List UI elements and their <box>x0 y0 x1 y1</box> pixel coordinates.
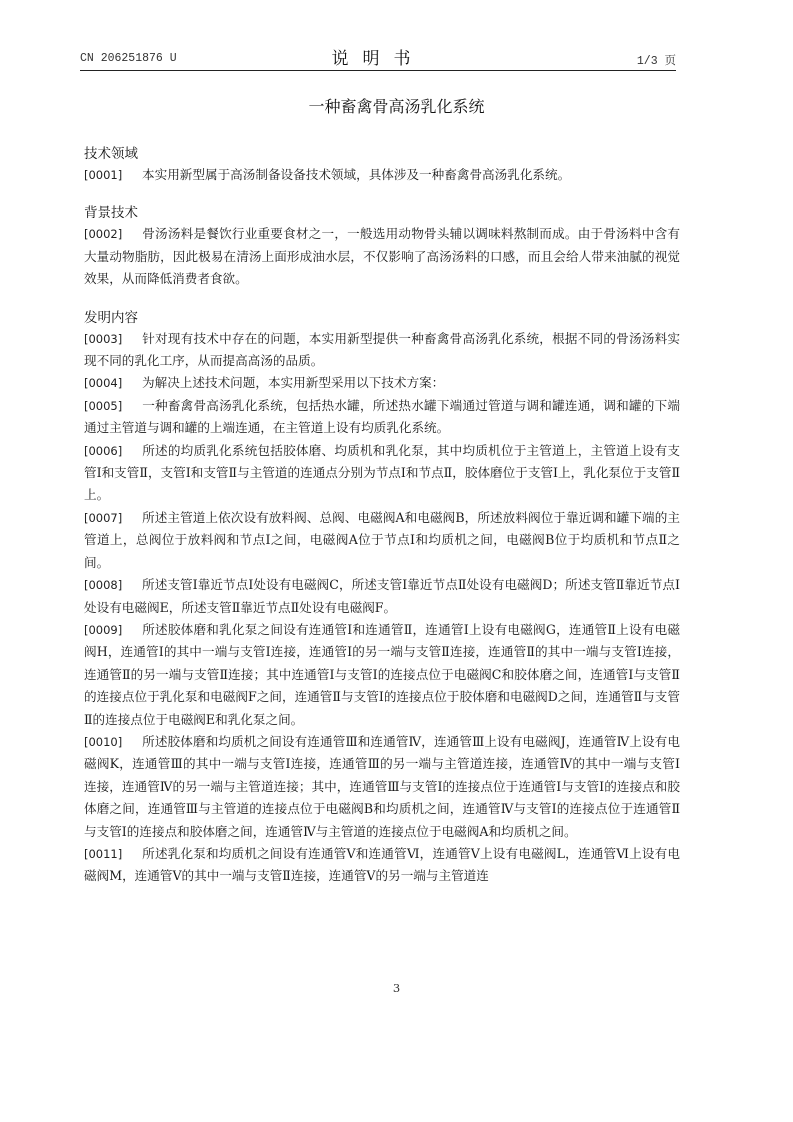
paragraph: [0010]所述胶体磨和均质机之间设有连通管Ⅲ和连通管Ⅳ，连通管Ⅲ上设有电磁阀J… <box>84 731 680 843</box>
paragraph-number: [0006] <box>84 440 142 462</box>
section-heading-technical-field: 技术领域 <box>84 144 680 164</box>
paragraph-text: 所述胶体磨和均质机之间设有连通管Ⅲ和连通管Ⅳ，连通管Ⅲ上设有电磁阀J，连通管Ⅳ上… <box>84 734 680 839</box>
paragraph: [0001]本实用新型属于高汤制备设备技术领域，具体涉及一种畜禽骨高汤乳化系统。 <box>84 164 680 186</box>
paragraph-text: 为解决上述技术问题，本实用新型采用以下技术方案： <box>142 375 444 390</box>
paragraph: [0008]所述支管Ⅰ靠近节点Ⅰ处设有电磁阀C，所述支管Ⅰ靠近节点Ⅱ处设有电磁阀… <box>84 574 680 619</box>
section-heading-background: 背景技术 <box>84 203 680 223</box>
paragraph-text: 一种畜禽骨高汤乳化系统，包括热水罐，所述热水罐下端通过管道与调和罐连通，调和罐的… <box>84 398 680 435</box>
paragraph-text: 所述的均质乳化系统包括胶体磨、均质机和乳化泵，其中均质机位于主管道上，主管道上设… <box>84 443 680 503</box>
page-number: 3 <box>0 981 793 995</box>
paragraph-number: [0005] <box>84 395 142 417</box>
paragraph-number: [0010] <box>84 731 142 753</box>
paragraph-text: 本实用新型属于高汤制备设备技术领域，具体涉及一种畜禽骨高汤乳化系统。 <box>142 167 570 182</box>
paragraph: [0004]为解决上述技术问题，本实用新型采用以下技术方案： <box>84 372 680 394</box>
paragraph-text: 所述乳化泵和均质机之间设有连通管Ⅴ和连通管Ⅵ，连通管Ⅴ上设有电磁阀L，连通管Ⅵ上… <box>84 846 680 883</box>
paragraph-text: 所述主管道上依次设有放料阀、总阀、电磁阀A和电磁阀B，所述放料阀位于靠近调和罐下… <box>84 510 680 570</box>
page-indicator: 1/3 页 <box>637 52 676 68</box>
paragraph-number: [0009] <box>84 619 142 641</box>
paragraph: [0007]所述主管道上依次设有放料阀、总阀、电磁阀A和电磁阀B，所述放料阀位于… <box>84 507 680 574</box>
paragraph: [0011]所述乳化泵和均质机之间设有连通管Ⅴ和连通管Ⅵ，连通管Ⅴ上设有电磁阀L… <box>84 843 680 888</box>
paragraph-number: [0004] <box>84 372 142 394</box>
paragraph-number: [0002] <box>84 223 142 245</box>
document-body: 技术领域 [0001]本实用新型属于高汤制备设备技术领域，具体涉及一种畜禽骨高汤… <box>84 144 680 888</box>
paragraph: [0006]所述的均质乳化系统包括胶体磨、均质机和乳化泵，其中均质机位于主管道上… <box>84 440 680 507</box>
paragraph: [0002]骨汤汤料是餐饮行业重要食材之一，一般选用动物骨头辅以调味料熬制而成。… <box>84 223 680 290</box>
doc-type-label: 说明书 <box>80 44 676 69</box>
paragraph-number: [0008] <box>84 574 142 596</box>
paragraph-number: [0011] <box>84 843 142 865</box>
paragraph-text: 针对现有技术中存在的问题，本实用新型提供一种畜禽骨高汤乳化系统，根据不同的骨汤汤… <box>84 331 680 368</box>
paragraph-number: [0001] <box>84 164 142 186</box>
paragraph: [0009]所述胶体磨和乳化泵之间设有连通管Ⅰ和连通管Ⅱ，连通管Ⅰ上设有电磁阀G… <box>84 619 680 731</box>
section-heading-summary: 发明内容 <box>84 308 680 328</box>
paragraph-text: 骨汤汤料是餐饮行业重要食材之一，一般选用动物骨头辅以调味料熬制而成。由于骨汤料中… <box>84 226 680 286</box>
paragraph-text: 所述支管Ⅰ靠近节点Ⅰ处设有电磁阀C，所述支管Ⅰ靠近节点Ⅱ处设有电磁阀D；所述支管… <box>84 577 680 614</box>
page-header: CN 206251876 U 说明书 1/3 页 <box>80 44 676 71</box>
paragraph-number: [0003] <box>84 328 142 350</box>
paragraph-text: 所述胶体磨和乳化泵之间设有连通管Ⅰ和连通管Ⅱ，连通管Ⅰ上设有电磁阀G，连通管Ⅱ上… <box>84 622 680 727</box>
document-title: 一种畜禽骨高汤乳化系统 <box>0 94 793 117</box>
paragraph: [0003]针对现有技术中存在的问题，本实用新型提供一种畜禽骨高汤乳化系统，根据… <box>84 328 680 373</box>
paragraph-number: [0007] <box>84 507 142 529</box>
paragraph: [0005]一种畜禽骨高汤乳化系统，包括热水罐，所述热水罐下端通过管道与调和罐连… <box>84 395 680 440</box>
